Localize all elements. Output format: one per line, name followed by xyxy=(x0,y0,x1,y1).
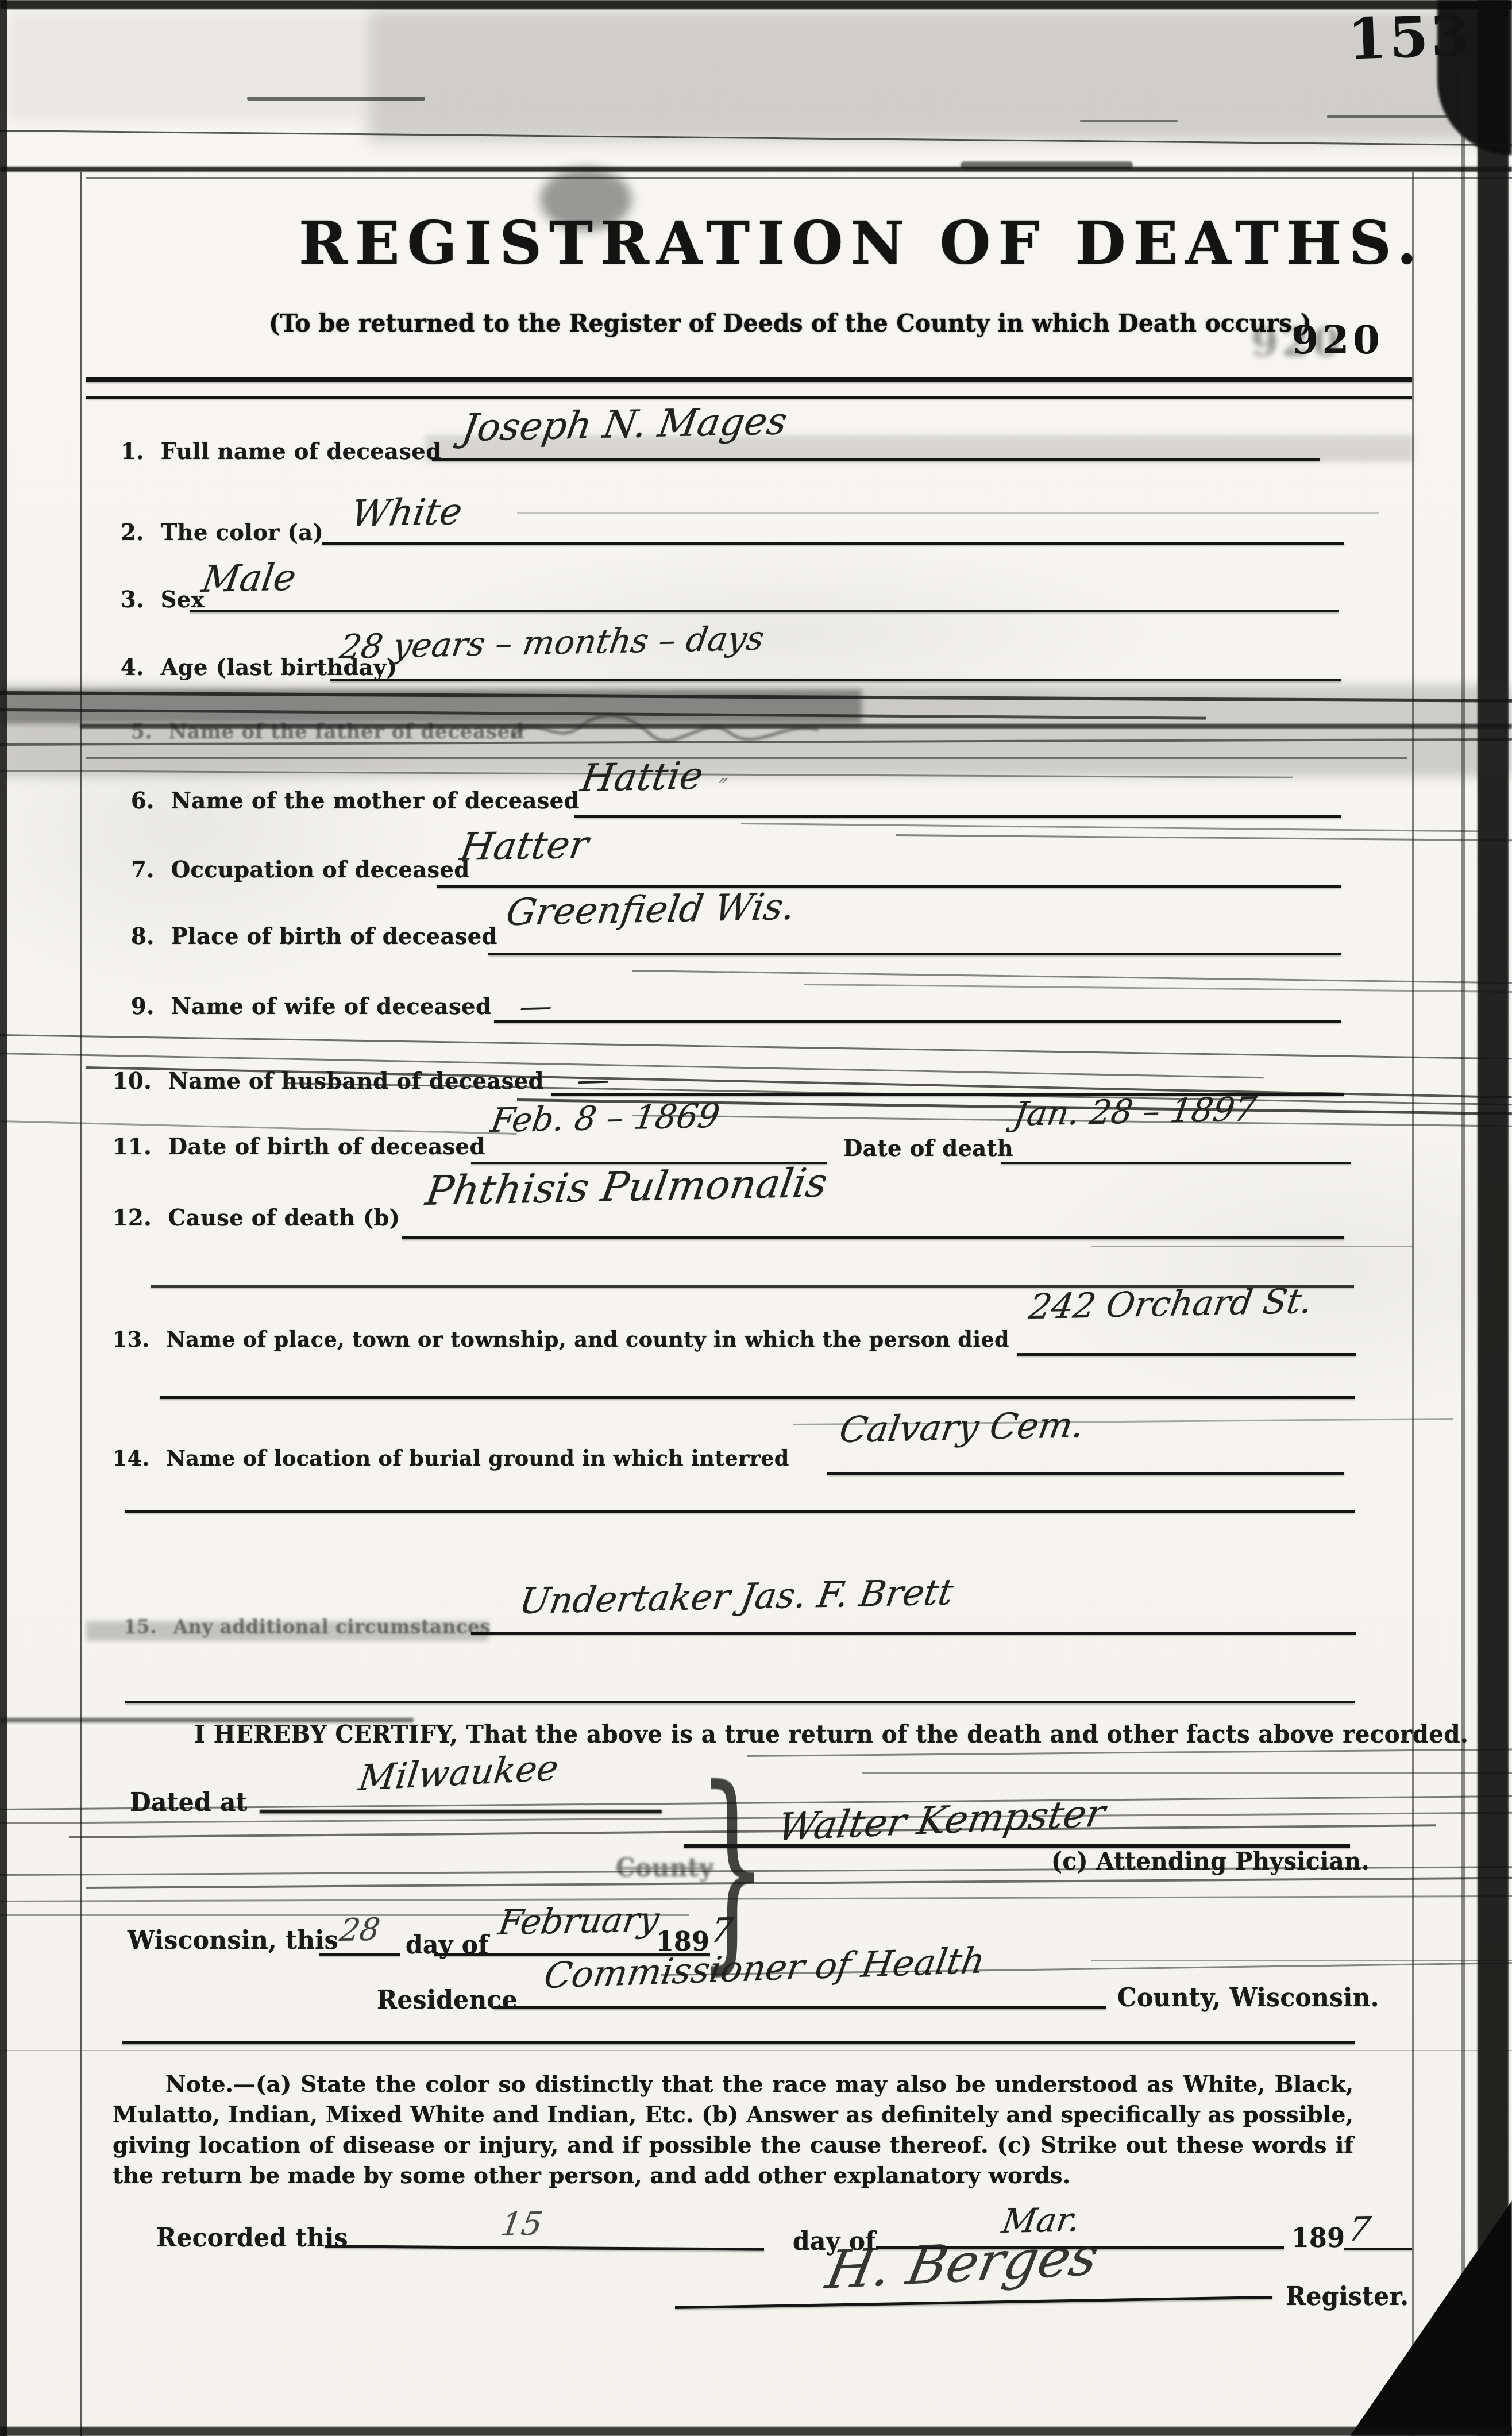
field-full-name-label: 1.Full name of deceased xyxy=(121,438,441,465)
ruled-line xyxy=(325,2245,764,2250)
struck-county-word: County xyxy=(616,1853,713,1883)
scratch-artifact xyxy=(0,1034,1512,1059)
blank-ruled-line xyxy=(160,1396,1355,1399)
register-label: Register. xyxy=(1286,2282,1409,2311)
field-birth-place-value: Greenfield Wis. xyxy=(503,886,798,934)
scratch-artifact xyxy=(0,1718,414,1722)
field-occupation-value: Hatter xyxy=(457,822,591,869)
scratch-artifact xyxy=(1327,115,1448,118)
ruled-line xyxy=(190,610,1339,612)
header-double-rule-top xyxy=(86,377,1412,382)
scratch-artifact xyxy=(862,1772,1512,1774)
smudge-strip xyxy=(86,1621,488,1641)
field-cause-value: Phthisis Pulmonalis xyxy=(423,1159,831,1215)
field-cause-label: 12.Cause of death (b) xyxy=(113,1204,400,1231)
scratch-artifact xyxy=(1080,120,1178,122)
recorded-prefix: Recorded this xyxy=(156,2223,348,2253)
ruled-line xyxy=(1344,2248,1412,2250)
field-wife-label: 9.Name of wife of deceased xyxy=(131,993,491,1020)
dated-at-label: Dated at xyxy=(130,1788,248,1817)
field-husband-label: 10.Name of husband of deceased xyxy=(113,1067,544,1094)
ruled-line xyxy=(260,1810,662,1813)
ruled-line xyxy=(1017,1353,1356,1356)
top-gray-wash-left xyxy=(6,11,362,121)
scratch-artifact xyxy=(247,97,425,101)
field-death-date-value: Jan. 28 – 1897 xyxy=(1011,1089,1259,1134)
illegible-handwriting xyxy=(506,707,827,753)
field-color-label: 2.The color (a) xyxy=(121,519,323,546)
scratch-artifact xyxy=(86,1877,1512,1889)
ruled-line xyxy=(330,679,1341,681)
scratch-artifact xyxy=(517,512,1379,514)
residence-suffix: County, Wisconsin. xyxy=(1117,1983,1379,2013)
dated-at-value: Milwaukee xyxy=(356,1747,561,1799)
field-birth-date-label: 11.Date of birth of deceased xyxy=(113,1133,485,1160)
ruled-line xyxy=(437,885,1341,888)
form-left-border xyxy=(80,172,82,2436)
state-line-month: February xyxy=(496,1899,662,1943)
field-mother-value: Hattie xyxy=(578,754,706,800)
scratch-artifact xyxy=(632,970,1512,984)
scratch-artifact xyxy=(1091,1960,1512,1961)
form-subtitle: (To be returned to the Register of Deeds… xyxy=(269,309,1312,337)
scratch-artifact xyxy=(86,177,1512,179)
ruled-line xyxy=(494,1020,1341,1023)
ruled-line xyxy=(319,1953,400,1956)
field-died-place-value: 242 Orchard St. xyxy=(1027,1281,1316,1327)
form-title: REGISTRATION OF DEATHS. xyxy=(299,209,1425,278)
scratch-artifact xyxy=(0,2050,1512,2051)
field-occupation-label: 7.Occupation of deceased xyxy=(131,856,470,883)
field-mother-label: 6.Name of the mother of deceased xyxy=(131,787,580,814)
field-full-name-value: Joseph N. Mages xyxy=(459,399,790,450)
blank-ruled-line xyxy=(125,1701,1355,1703)
scan-top-edge xyxy=(0,0,1512,9)
binding-edge-line xyxy=(1461,69,1465,2310)
ruled-line xyxy=(488,953,1341,955)
ruled-line xyxy=(574,815,1341,818)
state-line-prefix: Wisconsin, this xyxy=(128,1926,338,1955)
scratch-artifact xyxy=(1091,1246,1413,1247)
ruled-line xyxy=(402,1236,1344,1239)
residence-label: Residence xyxy=(377,1986,518,2015)
ruled-line xyxy=(494,2006,1106,2009)
recorded-day: 15 xyxy=(498,2206,545,2244)
scan-bottom-edge xyxy=(0,2427,1512,2436)
ruled-line xyxy=(432,458,1320,461)
ruled-line xyxy=(322,542,1344,545)
printer-imprint-smudge xyxy=(961,161,1133,169)
state-line-day: 28 xyxy=(337,1911,383,1948)
binding-edge xyxy=(1478,0,1509,2436)
field-birth-place-label: 8.Place of birth of deceased xyxy=(131,923,497,950)
blank-ruled-line xyxy=(125,1510,1355,1513)
ruled-line xyxy=(675,2296,1272,2309)
scratch-artifact xyxy=(896,834,1512,841)
blank-ruled-line xyxy=(122,2041,1355,2044)
ruled-line xyxy=(1001,1162,1351,1164)
scratch-artifact xyxy=(0,167,1512,172)
recorded-year-written: 7 xyxy=(1346,2209,1374,2249)
scratch-artifact xyxy=(86,757,1407,759)
page-number-stamp: 153 xyxy=(1347,2,1473,72)
form-right-border xyxy=(1412,172,1414,2436)
certificate-number: 920 xyxy=(1291,317,1383,363)
recorded-year-printed: 189 xyxy=(1291,2222,1345,2253)
header-double-rule-bottom xyxy=(86,396,1412,399)
scanned-death-registration-page: 153 REGISTRATION OF DEATHS. (To be retur… xyxy=(0,0,1512,2436)
field-color-value: White xyxy=(348,491,465,535)
field-death-date-label: Date of death xyxy=(843,1135,1013,1162)
field-age-value: 28 years – months – days xyxy=(337,619,767,666)
field-additional-value: Undertaker Jas. F. Brett xyxy=(516,1571,956,1622)
scratch-artifact xyxy=(747,1748,1512,1757)
field-burial-value: Calvary Cem. xyxy=(836,1404,1087,1451)
field-sex-label: 3.Sex xyxy=(121,586,205,613)
field-birth-date-value: Feb. 8 – 1869 xyxy=(488,1096,723,1140)
field-died-place-label: 13.Name of place, town or township, and … xyxy=(113,1326,1009,1352)
attending-physician-label: (c) Attending Physician. xyxy=(1051,1847,1370,1875)
ruled-line xyxy=(827,1472,1344,1475)
scratch-artifact xyxy=(741,823,1482,832)
page-left-edge xyxy=(0,0,7,2436)
residence-value: Commissioner of Health xyxy=(541,1939,988,1996)
field-burial-label: 14.Name of location of burial ground in … xyxy=(113,1445,789,1471)
field-sex-value: Male xyxy=(199,557,299,601)
ditto-mark: ″ xyxy=(716,774,728,801)
top-gray-wash xyxy=(368,9,1505,141)
certify-statement: I HEREBY CERTIFY, That the above is a tr… xyxy=(194,1720,1468,1748)
form-note: Note.—(a) State the color so distinctly … xyxy=(113,2069,1353,2191)
ruled-line xyxy=(471,1632,1356,1635)
scratch-artifact xyxy=(804,984,1512,993)
field-father-label: 5.Name of the father of deceased xyxy=(131,719,524,743)
